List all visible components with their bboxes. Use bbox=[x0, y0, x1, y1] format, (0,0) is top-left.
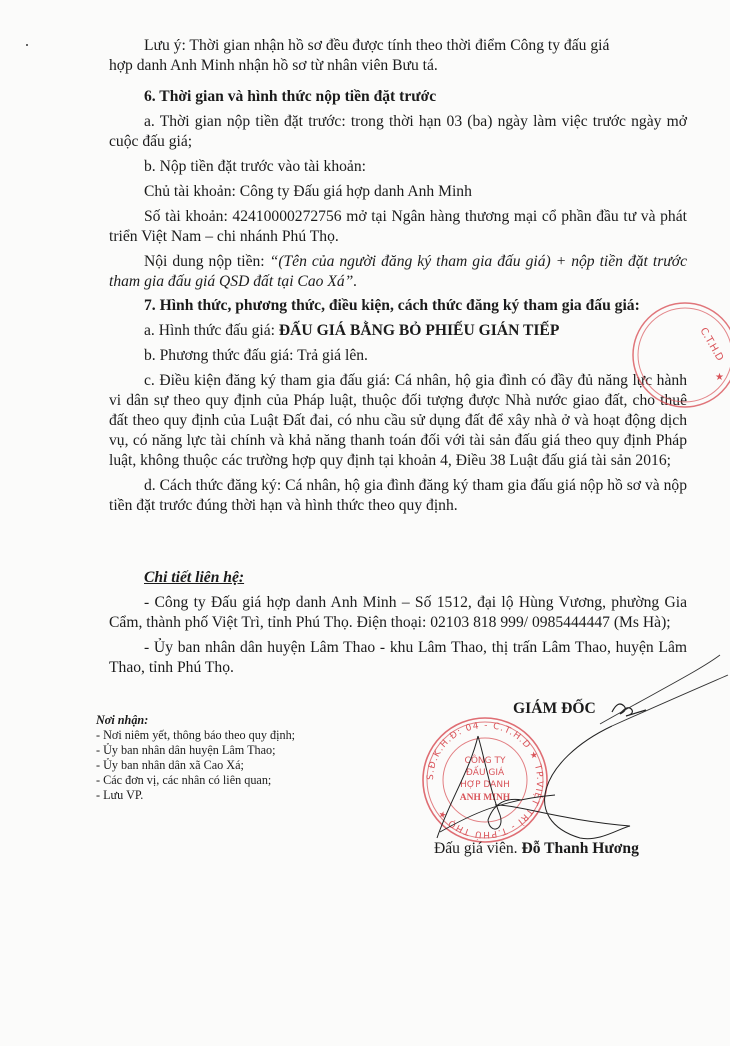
note-block: Lưu ý: Thời gian nhận hồ sơ đều được tín… bbox=[109, 36, 687, 76]
svg-text:★: ★ bbox=[715, 372, 724, 383]
signer-prefix: Đấu giá viên. bbox=[434, 840, 521, 857]
recipient-item: - Ủy ban nhân dân xã Cao Xá; bbox=[96, 758, 295, 773]
stamp-line-4: ANH MINH bbox=[460, 793, 511, 803]
payment-label: Nội dung nộp tiền: bbox=[144, 253, 270, 270]
section-7-c: c. Điều kiện đăng ký tham gia đấu giá: C… bbox=[109, 371, 687, 471]
recipient-item: - Các đơn vị, các nhân có liên quan; bbox=[96, 773, 295, 788]
payment-content: Nội dung nộp tiền: “(Tên của người đăng … bbox=[109, 252, 687, 292]
section-6-heading: 6. Thời gian và hình thức nộp tiền đặt t… bbox=[109, 87, 687, 107]
svg-text:C.T.H.D: C.T.H.D bbox=[697, 326, 725, 363]
recipient-item: - Lưu VP. bbox=[96, 788, 295, 803]
section-7-a: a. Hình thức đấu giá: ĐẤU GIÁ BẰNG BỎ PH… bbox=[109, 321, 687, 341]
note-line-1: Lưu ý: Thời gian nhận hồ sơ đều được tín… bbox=[109, 36, 687, 56]
recipient-item: - Ủy ban nhân dân huyện Lâm Thao; bbox=[96, 743, 295, 758]
contact-item-committee: - Ủy ban nhân dân huyện Lâm Thao - khu L… bbox=[109, 638, 687, 678]
recipients-block: Nơi nhận: - Nơi niêm yết, thông báo theo… bbox=[96, 713, 295, 803]
contact-item-company: - Công ty Đấu giá hợp danh Anh Minh – Số… bbox=[109, 593, 687, 633]
section-7-heading: 7. Hình thức, phương thức, điều kiện, cá… bbox=[109, 296, 687, 316]
seal-stamp: S.Đ.K.H.Đ: 04 - C.T.H.D ★ TP.VIỆT TRÌ - … bbox=[420, 715, 550, 845]
signer-line: Đấu giá viên. Đỗ Thanh Hương bbox=[434, 840, 639, 858]
account-number: Số tài khoản: 42410000272756 mở tại Ngân… bbox=[109, 207, 687, 247]
account-holder: Chủ tài khoản: Công ty Đấu giá hợp danh … bbox=[109, 182, 687, 202]
recipients-title: Nơi nhận: bbox=[96, 713, 295, 728]
seal-stamp-partial: C.T.H.D ★ bbox=[630, 300, 730, 410]
auction-form-value: ĐẤU GIÁ BẰNG BỎ PHIẾU GIÁN TIẾP bbox=[279, 322, 559, 339]
document-page: Lưu ý: Thời gian nhận hồ sơ đều được tín… bbox=[0, 0, 730, 1046]
recipient-item: - Nơi niêm yết, thông báo theo quy định; bbox=[96, 728, 295, 743]
stamp-line-2: ĐẤU GIÁ bbox=[466, 766, 505, 778]
section-6-a: a. Thời gian nộp tiền đặt trước: trong t… bbox=[109, 112, 687, 152]
section-7-d: d. Cách thức đăng ký: Cá nhân, hộ gia đì… bbox=[109, 476, 687, 516]
contact-section: Chi tiết liên hệ: - Công ty Đấu giá hợp … bbox=[109, 568, 687, 678]
section-7: 7. Hình thức, phương thức, điều kiện, cá… bbox=[109, 296, 687, 516]
stamp-line-1: CÔNG TY bbox=[465, 754, 506, 766]
stamp-line-3: HỢP DANH bbox=[460, 780, 510, 790]
signer-name: Đỗ Thanh Hương bbox=[521, 840, 638, 857]
section-6-b: b. Nộp tiền đặt trước vào tài khoản: bbox=[109, 157, 687, 177]
scan-speck bbox=[26, 44, 28, 46]
note-line-2: hợp danh Anh Minh nhận hồ sơ từ nhân viê… bbox=[109, 56, 687, 76]
contact-heading: Chi tiết liên hệ: bbox=[109, 568, 687, 588]
section-7-b: b. Phương thức đấu giá: Trả giá lên. bbox=[109, 346, 687, 366]
auction-form-label: a. Hình thức đấu giá: bbox=[144, 322, 279, 339]
section-6: 6. Thời gian và hình thức nộp tiền đặt t… bbox=[109, 87, 687, 292]
